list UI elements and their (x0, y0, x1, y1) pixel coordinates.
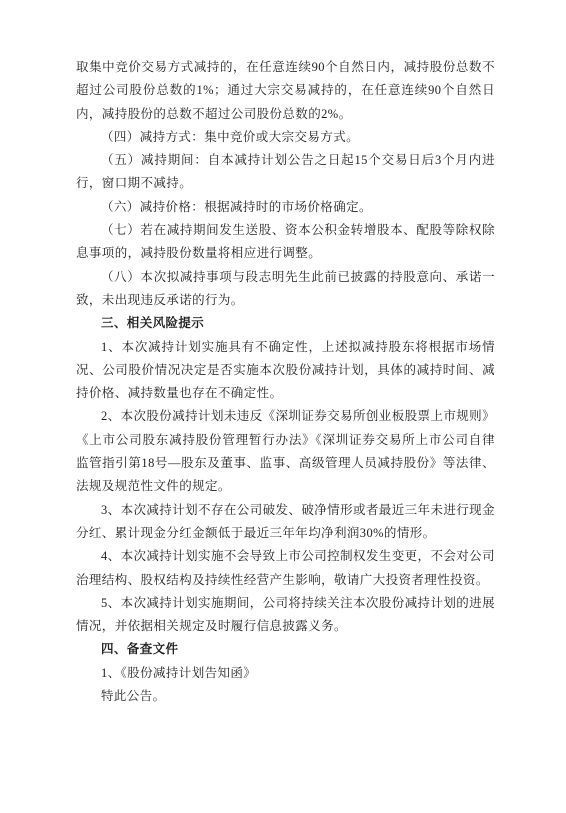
paragraph: 2、本次股份减持计划未违反《深圳证券交易所创业板股票上市规则》《上市公司股东减持… (76, 405, 495, 498)
section-heading: 四、备查文件 (76, 638, 495, 661)
document-page: 取集中竞价交易方式减持的，在任意连续90个自然日内，减持股份总数不超过公司股份总… (0, 0, 566, 813)
paragraph: （七）若在减持期间发生送股、资本公积金转增股本、配股等除权除息事项的，减持股份数… (76, 219, 495, 266)
paragraph: 取集中竞价交易方式减持的，在任意连续90个自然日内，减持股份总数不超过公司股份总… (76, 56, 495, 126)
paragraph: 1、《股份减持计划告知函》 (76, 662, 495, 685)
paragraph: （五）减持期间：自本减持计划公告之日起15个交易日后3个月内进行，窗口期不减持。 (76, 149, 495, 196)
paragraph: 3、本次减持计划不存在公司破发、破净情形或者最近三年未进行现金分红、累计现金分红… (76, 499, 495, 546)
paragraph: 5、本次减持计划实施期间，公司将持续关注本次股份减持计划的进展情况，并依据相关规… (76, 592, 495, 639)
paragraph: （八）本次拟减持事项与段志明先生此前已披露的持股意向、承诺一致，未出现违反承诺的… (76, 266, 495, 313)
paragraph: （四）减持方式：集中竞价或大宗交易方式。 (76, 126, 495, 149)
paragraph: 1、本次减持计划实施具有不确定性，上述拟减持股东将根据市场情况、公司股价情况决定… (76, 336, 495, 406)
paragraph: （六）减持价格：根据减持时的市场价格确定。 (76, 196, 495, 219)
document-body: 取集中竞价交易方式减持的，在任意连续90个自然日内，减持股份总数不超过公司股份总… (76, 56, 495, 708)
paragraph: 特此公告。 (76, 685, 495, 708)
paragraph: 4、本次减持计划实施不会导致上市公司控制权发生变更，不会对公司治理结构、股权结构… (76, 545, 495, 592)
section-heading: 三、相关风险提示 (76, 312, 495, 335)
